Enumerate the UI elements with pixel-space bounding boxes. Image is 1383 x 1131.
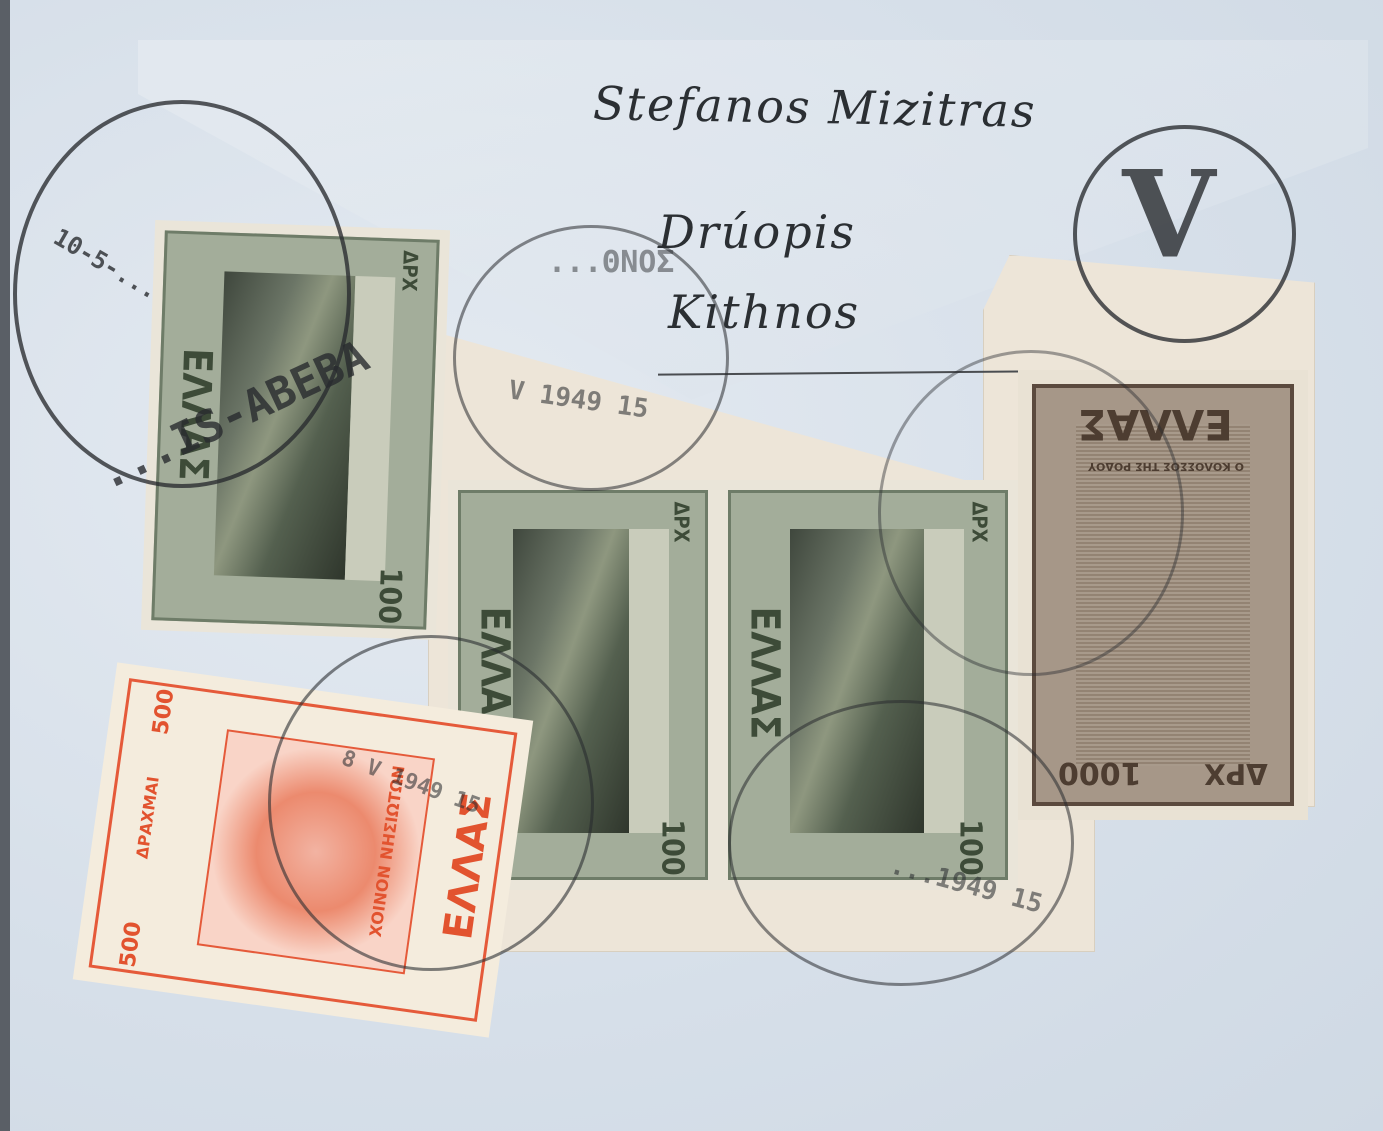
envelope: Stefanos Mizitras Drúopis Kithnos 100 ΔΡ… bbox=[8, 0, 1383, 1131]
stamp-value: 100 bbox=[371, 567, 408, 625]
sender-name: Stefanos Mizitras bbox=[593, 76, 1037, 138]
stamp-currency: ΔΡΧ bbox=[397, 250, 422, 292]
stamp-currency: ΔΡΧ bbox=[670, 502, 694, 543]
postmark-right bbox=[878, 350, 1184, 676]
stamp-value: 1000 bbox=[1058, 755, 1142, 790]
sender-town: Drúopis bbox=[658, 205, 856, 259]
stamp-currency: ΔΡΧ bbox=[1204, 757, 1268, 790]
postmark-center-bottom bbox=[728, 700, 1074, 986]
stamp-country: ΕΛΛΑΣ bbox=[741, 607, 787, 740]
circle-mark-letter: Λ bbox=[1123, 140, 1216, 281]
postmark-center-top-text: ...ΘΝΟΣ bbox=[548, 245, 674, 280]
envelope-edge-shadow bbox=[0, 0, 10, 1131]
stamp-value: 100 bbox=[654, 819, 689, 875]
